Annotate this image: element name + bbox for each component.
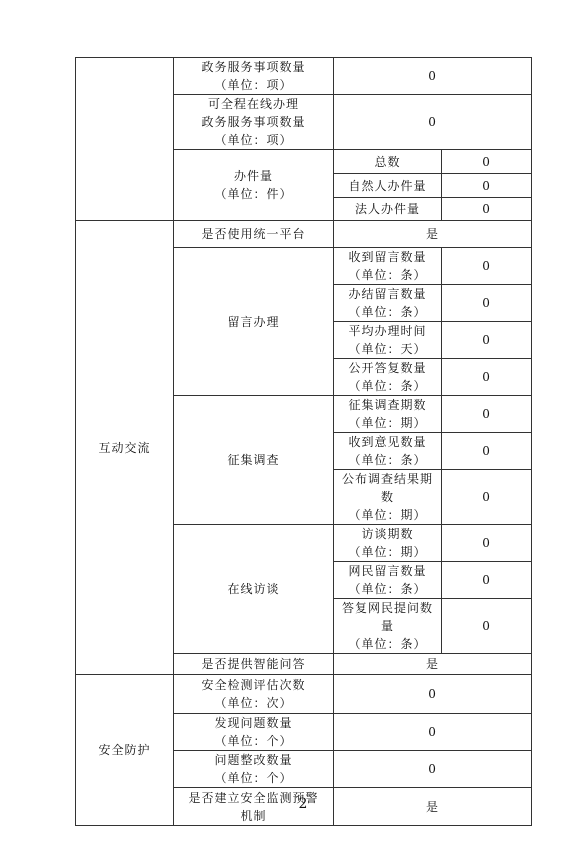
report-page: 政务服务事项数量 （单位：项） 0 可全程在线办理 政务服务事项数量 （单位：项…: [0, 0, 581, 841]
subitem-public-replies: 公开答复数量 （单位：条）: [334, 359, 442, 396]
value-caseload-total: 0: [442, 150, 532, 174]
value-messages-received: 0: [442, 248, 532, 285]
subitem-opinions-received: 收到意见数量 （单位：条）: [334, 433, 442, 470]
value-problems-rectified: 0: [334, 751, 532, 788]
value-netizen-questions-answered: 0: [442, 599, 532, 654]
table-row: 互动交流 是否使用统一平台 是: [76, 221, 532, 248]
value-online-items-count: 0: [334, 95, 532, 150]
category-cell-interaction: 互动交流: [76, 221, 174, 675]
category-cell-blank: [76, 58, 174, 221]
subitem-messages-received: 收到留言数量 （单位：条）: [334, 248, 442, 285]
subitem-caseload-natural-person: 自然人办件量: [334, 174, 442, 198]
item-caseload: 办件量 （单位：件）: [174, 150, 334, 221]
subitem-survey-issues: 征集调查期数 （单位：期）: [334, 396, 442, 433]
item-message-handling: 留言办理: [174, 248, 334, 396]
value-govservice-items-count: 0: [334, 58, 532, 95]
item-online-interview: 在线访谈: [174, 525, 334, 654]
value-public-replies: 0: [442, 359, 532, 396]
value-problems-found: 0: [334, 714, 532, 751]
subitem-messages-resolved: 办结留言数量 （单位：条）: [334, 285, 442, 322]
item-online-items-count: 可全程在线办理 政务服务事项数量 （单位：项）: [174, 95, 334, 150]
value-interview-issues: 0: [442, 525, 532, 562]
value-caseload-legal-person: 0: [442, 198, 532, 221]
subitem-average-handling-time: 平均办理时间 （单位：天）: [334, 322, 442, 359]
item-survey: 征集调查: [174, 396, 334, 525]
subitem-caseload-total: 总数: [334, 150, 442, 174]
page-number: 2: [75, 796, 531, 812]
value-caseload-natural-person: 0: [442, 174, 532, 198]
value-netizen-messages: 0: [442, 562, 532, 599]
subitem-survey-results-published: 公布调查结果期数 （单位：期）: [334, 470, 442, 525]
table-row: 安全防护 安全检测评估次数 （单位：次） 0: [76, 675, 532, 714]
subitem-caseload-legal-person: 法人办件量: [334, 198, 442, 221]
value-survey-results-published: 0: [442, 470, 532, 525]
item-security-assessments: 安全检测评估次数 （单位：次）: [174, 675, 334, 714]
annual-report-table: 政务服务事项数量 （单位：项） 0 可全程在线办理 政务服务事项数量 （单位：项…: [75, 57, 532, 826]
value-smart-qa: 是: [334, 654, 532, 675]
subitem-netizen-questions-answered: 答复网民提问数量 （单位：条）: [334, 599, 442, 654]
item-govservice-items-count: 政务服务事项数量 （单位：项）: [174, 58, 334, 95]
item-unified-platform: 是否使用统一平台: [174, 221, 334, 248]
value-messages-resolved: 0: [442, 285, 532, 322]
item-problems-rectified: 问题整改数量 （单位：个）: [174, 751, 334, 788]
subitem-interview-issues: 访谈期数 （单位：期）: [334, 525, 442, 562]
item-smart-qa: 是否提供智能问答: [174, 654, 334, 675]
table-row: 政务服务事项数量 （单位：项） 0: [76, 58, 532, 95]
value-opinions-received: 0: [442, 433, 532, 470]
value-average-handling-time: 0: [442, 322, 532, 359]
value-unified-platform: 是: [334, 221, 532, 248]
subitem-netizen-messages: 网民留言数量 （单位：条）: [334, 562, 442, 599]
item-problems-found: 发现问题数量 （单位：个）: [174, 714, 334, 751]
value-survey-issues: 0: [442, 396, 532, 433]
value-security-assessments: 0: [334, 675, 532, 714]
